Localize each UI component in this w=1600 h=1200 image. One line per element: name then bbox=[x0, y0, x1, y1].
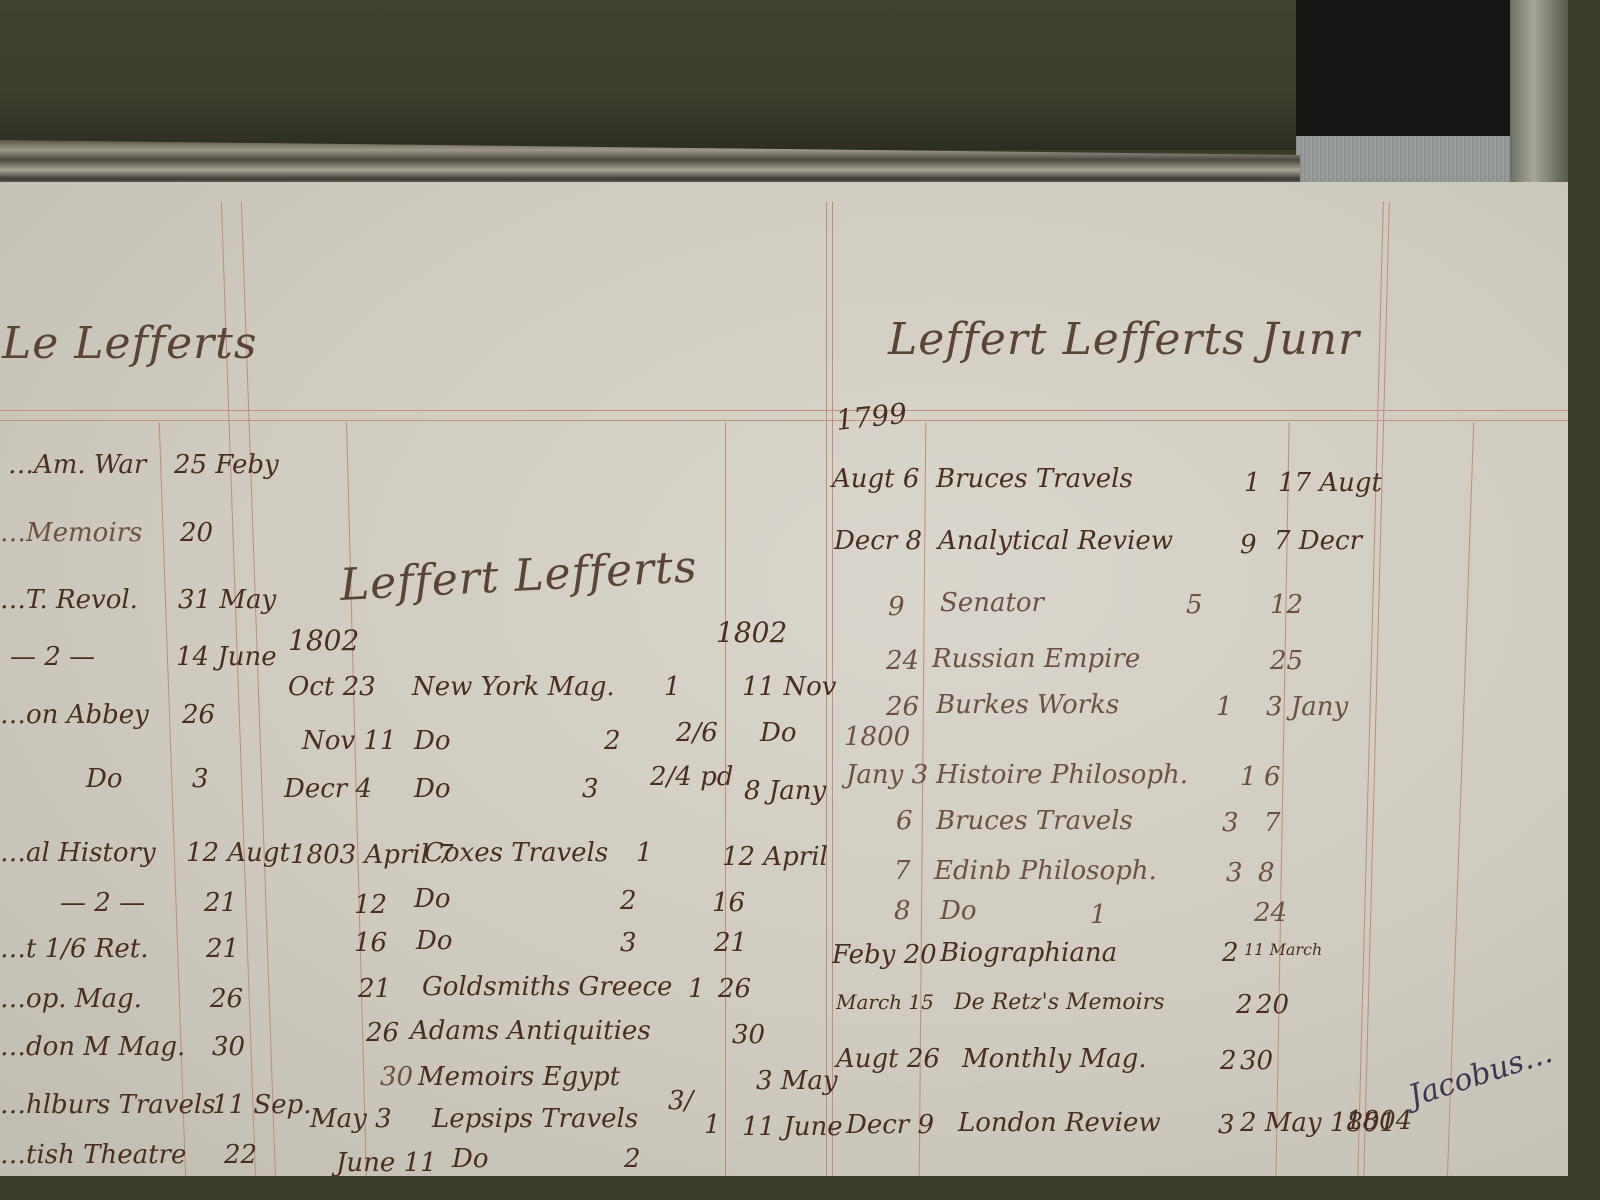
left-entry-returned: 14 June bbox=[176, 642, 277, 672]
right-entry-date: Decr 9 bbox=[846, 1110, 934, 1140]
right-entry-date: Decr 8 bbox=[834, 526, 922, 556]
middle-entry-returned: Do bbox=[760, 718, 797, 748]
left-entry-title: …t 1/6 Ret. bbox=[0, 934, 149, 964]
middle-entry-returned: 11 June bbox=[742, 1112, 843, 1142]
adjacent-book-dark bbox=[1296, 0, 1526, 138]
left-entry-title: …on Abbey bbox=[0, 700, 149, 730]
left-entry-title: …T. Revol. bbox=[0, 585, 138, 615]
middle-entry-date: 12 bbox=[354, 890, 387, 920]
right-entry-title: De Retz's Memoirs bbox=[954, 990, 1165, 1015]
middle-entry-title: Coxes Travels bbox=[424, 838, 608, 868]
header-rule bbox=[0, 410, 1568, 411]
middle-entry-date: 26 bbox=[366, 1018, 399, 1048]
left-heading: Le Lefferts bbox=[2, 318, 257, 369]
right-entry-date: Augt 6 bbox=[832, 464, 919, 494]
left-entry-returned: 11 Sep. bbox=[212, 1090, 311, 1120]
right-entry-title: Bruces Travels bbox=[936, 464, 1133, 494]
left-entry-returned: 12 Augt bbox=[186, 838, 290, 868]
middle-entry-title: Do bbox=[452, 1144, 489, 1174]
middle-entry-returned: 8 Jany bbox=[744, 776, 826, 806]
left-entry-title: …don M Mag. bbox=[0, 1032, 185, 1062]
middle-entry-vol: 3 bbox=[620, 928, 637, 958]
middle-entry-date: Nov 11 bbox=[302, 726, 396, 756]
right-entry-date: 6 bbox=[896, 806, 913, 836]
middle-entry-returned: 16 bbox=[712, 888, 745, 918]
middle-entry-date: 30 bbox=[380, 1062, 413, 1092]
book-cover-dark-green bbox=[0, 0, 1300, 150]
left-entry-returned: 3 bbox=[192, 764, 209, 794]
right-entry-title: Burkes Works bbox=[936, 690, 1119, 720]
left-entry-title: …Memoirs bbox=[0, 518, 142, 548]
middle-entry-title: Do bbox=[416, 926, 453, 956]
right-entry-title: Russian Empire bbox=[932, 644, 1140, 674]
middle-entry-returned: 26 bbox=[718, 974, 751, 1004]
column-rule bbox=[1363, 202, 1390, 1176]
right-entry-title: Analytical Review bbox=[938, 526, 1173, 556]
right-entry-date: 8 bbox=[894, 896, 911, 926]
right-heading: Leffert Lefferts Junr bbox=[888, 314, 1360, 365]
middle-entry-vol: 1 bbox=[688, 974, 705, 1004]
middle-entry-title: Goldsmiths Greece bbox=[422, 972, 672, 1002]
right-entry-date: Jany 3 bbox=[846, 760, 928, 790]
right-entry-title: Senator bbox=[940, 588, 1044, 618]
right-entry-date: Feby 20 bbox=[832, 940, 937, 970]
right-entry-vol: 1 bbox=[1240, 762, 1257, 792]
middle-entry-date: Decr 4 bbox=[284, 774, 372, 804]
right-entry-vol: 2 bbox=[1220, 1046, 1237, 1076]
middle-entry-fine: 2/4 pd bbox=[650, 762, 733, 792]
right-entry-returned: 20 bbox=[1256, 990, 1289, 1020]
header-rule-2 bbox=[0, 420, 1568, 421]
left-entry-returned: 22 bbox=[224, 1140, 257, 1170]
middle-entry-vol: 3 bbox=[582, 774, 599, 804]
right-entry-vol: 1 bbox=[1244, 468, 1261, 498]
right-entry-date: 9 bbox=[888, 592, 905, 622]
right-entry-vol: 2 bbox=[1236, 990, 1253, 1020]
middle-entry-date: 21 bbox=[358, 974, 391, 1004]
middle-entry-returned: 21 bbox=[714, 928, 747, 958]
left-entry-title: …hlburs Travels bbox=[0, 1090, 216, 1120]
middle-entry-title: Do bbox=[414, 726, 451, 756]
middle-entry-date: May 3 bbox=[310, 1104, 392, 1134]
right-entry-title: Monthly Mag. bbox=[962, 1044, 1147, 1074]
left-entry-title: …Am. War bbox=[8, 450, 146, 480]
column-rule bbox=[725, 422, 726, 1176]
middle-entry-vol: 1 bbox=[636, 838, 653, 868]
middle-entry-fine: 2/6 bbox=[676, 718, 718, 748]
right-entry-vol: 9 bbox=[1240, 530, 1257, 560]
right-entry-vol: 3 bbox=[1218, 1110, 1235, 1140]
middle-entry-title: Lepsips Travels bbox=[432, 1104, 638, 1134]
left-entry-title: …op. Mag. bbox=[0, 984, 142, 1014]
right-entry-vol: 3 bbox=[1226, 858, 1243, 888]
right-entry-title: Biographiana bbox=[940, 938, 1117, 968]
left-entry-returned: 31 May bbox=[178, 585, 276, 615]
right-entry-returned: 7 Decr bbox=[1274, 526, 1362, 556]
right-entry-vol: 1 bbox=[1216, 692, 1233, 722]
left-entry-title: …al History bbox=[0, 838, 156, 868]
right-entry-vol: 5 bbox=[1186, 590, 1203, 620]
right-entry-returned: 17 Augt bbox=[1278, 468, 1382, 498]
adjacent-book-cloth-spine bbox=[1296, 136, 1511, 186]
right-entry-vol: 1 bbox=[1090, 900, 1107, 930]
right-entry-title: Edinb Philosoph. bbox=[934, 856, 1157, 886]
right-entry-date: 7 bbox=[894, 856, 911, 886]
right-entry-returned: 6 bbox=[1264, 762, 1281, 792]
middle-entry-title: Do bbox=[414, 774, 451, 804]
right-entry-returned: 25 bbox=[1270, 646, 1303, 676]
middle-entry-vol: 1 bbox=[704, 1110, 721, 1140]
right-entry-date: March 15 bbox=[836, 990, 934, 1014]
middle-entry-returned: 11 Nov bbox=[742, 672, 836, 702]
right-entry-returned: 12 bbox=[1270, 590, 1303, 620]
left-entry-returned: 21 bbox=[206, 934, 239, 964]
middle-entry-title: Memoirs Egypt bbox=[418, 1062, 620, 1092]
column-rule bbox=[1357, 202, 1384, 1176]
middle-entry-vol: 2 bbox=[624, 1144, 641, 1174]
right-year-1800: 1800 bbox=[844, 722, 910, 752]
left-entry-returned: 26 bbox=[182, 700, 215, 730]
adjacent-book-edge bbox=[1510, 0, 1568, 190]
right-entry-date: 26 bbox=[886, 692, 919, 722]
right-entry-returned: 30 bbox=[1240, 1046, 1273, 1076]
middle-entry-title: New York Mag. bbox=[412, 672, 615, 702]
middle-entry-title: Do bbox=[414, 884, 451, 914]
middle-entry-fine: 3/ bbox=[668, 1086, 693, 1116]
left-entry-returned: 30 bbox=[212, 1032, 245, 1062]
right-entry-vol: 3 bbox=[1222, 808, 1239, 838]
right-entry-returned: 11 March bbox=[1244, 940, 1322, 959]
middle-year-right: 1802 bbox=[716, 616, 787, 649]
middle-entry-title: Adams Antiquities bbox=[410, 1016, 651, 1046]
middle-entry-date: June 11 bbox=[336, 1148, 437, 1176]
middle-entry-returned: 30 bbox=[732, 1020, 765, 1050]
right-entry-returned: 8 bbox=[1258, 858, 1275, 888]
middle-entry-vol: 1 bbox=[664, 672, 681, 702]
middle-entry-vol: 2 bbox=[604, 726, 621, 756]
right-entry-title: Do bbox=[940, 896, 977, 926]
right-entry-title: Bruces Travels bbox=[936, 806, 1133, 836]
middle-entry-returned: 12 April bbox=[722, 842, 828, 872]
right-entry-returned: 24 bbox=[1254, 898, 1287, 928]
middle-year-left: 1802 bbox=[288, 624, 359, 657]
left-entry-returned: 20 bbox=[180, 518, 213, 548]
right-entry-date: 24 bbox=[886, 646, 919, 676]
left-entry-returned: 25 Feby bbox=[174, 450, 279, 480]
right-entry-returned: 7 bbox=[1264, 808, 1281, 838]
right-entry-vol: 2 bbox=[1222, 938, 1239, 968]
middle-entry-date: 16 bbox=[354, 928, 387, 958]
left-entry-title: …tish Theatre bbox=[0, 1140, 186, 1170]
right-entry-title: Histoire Philosoph. bbox=[936, 760, 1188, 790]
left-entry-title: Do bbox=[86, 764, 123, 794]
right-entry-returned: 3 Jany bbox=[1266, 692, 1348, 722]
margin-note-year: 1804 bbox=[1346, 1106, 1412, 1136]
left-entry-title: — 2 — bbox=[60, 888, 145, 918]
right-entry-date: Augt 26 bbox=[836, 1044, 940, 1074]
left-entry-returned: 26 bbox=[210, 984, 243, 1014]
left-entry-title: — 2 — bbox=[10, 642, 95, 672]
middle-entry-date: Oct 23 bbox=[288, 672, 376, 702]
middle-entry-returned: 3 May bbox=[756, 1066, 838, 1096]
left-entry-returned: 21 bbox=[204, 888, 237, 918]
middle-entry-vol: 2 bbox=[620, 886, 637, 916]
right-entry-title: London Review bbox=[958, 1108, 1161, 1138]
